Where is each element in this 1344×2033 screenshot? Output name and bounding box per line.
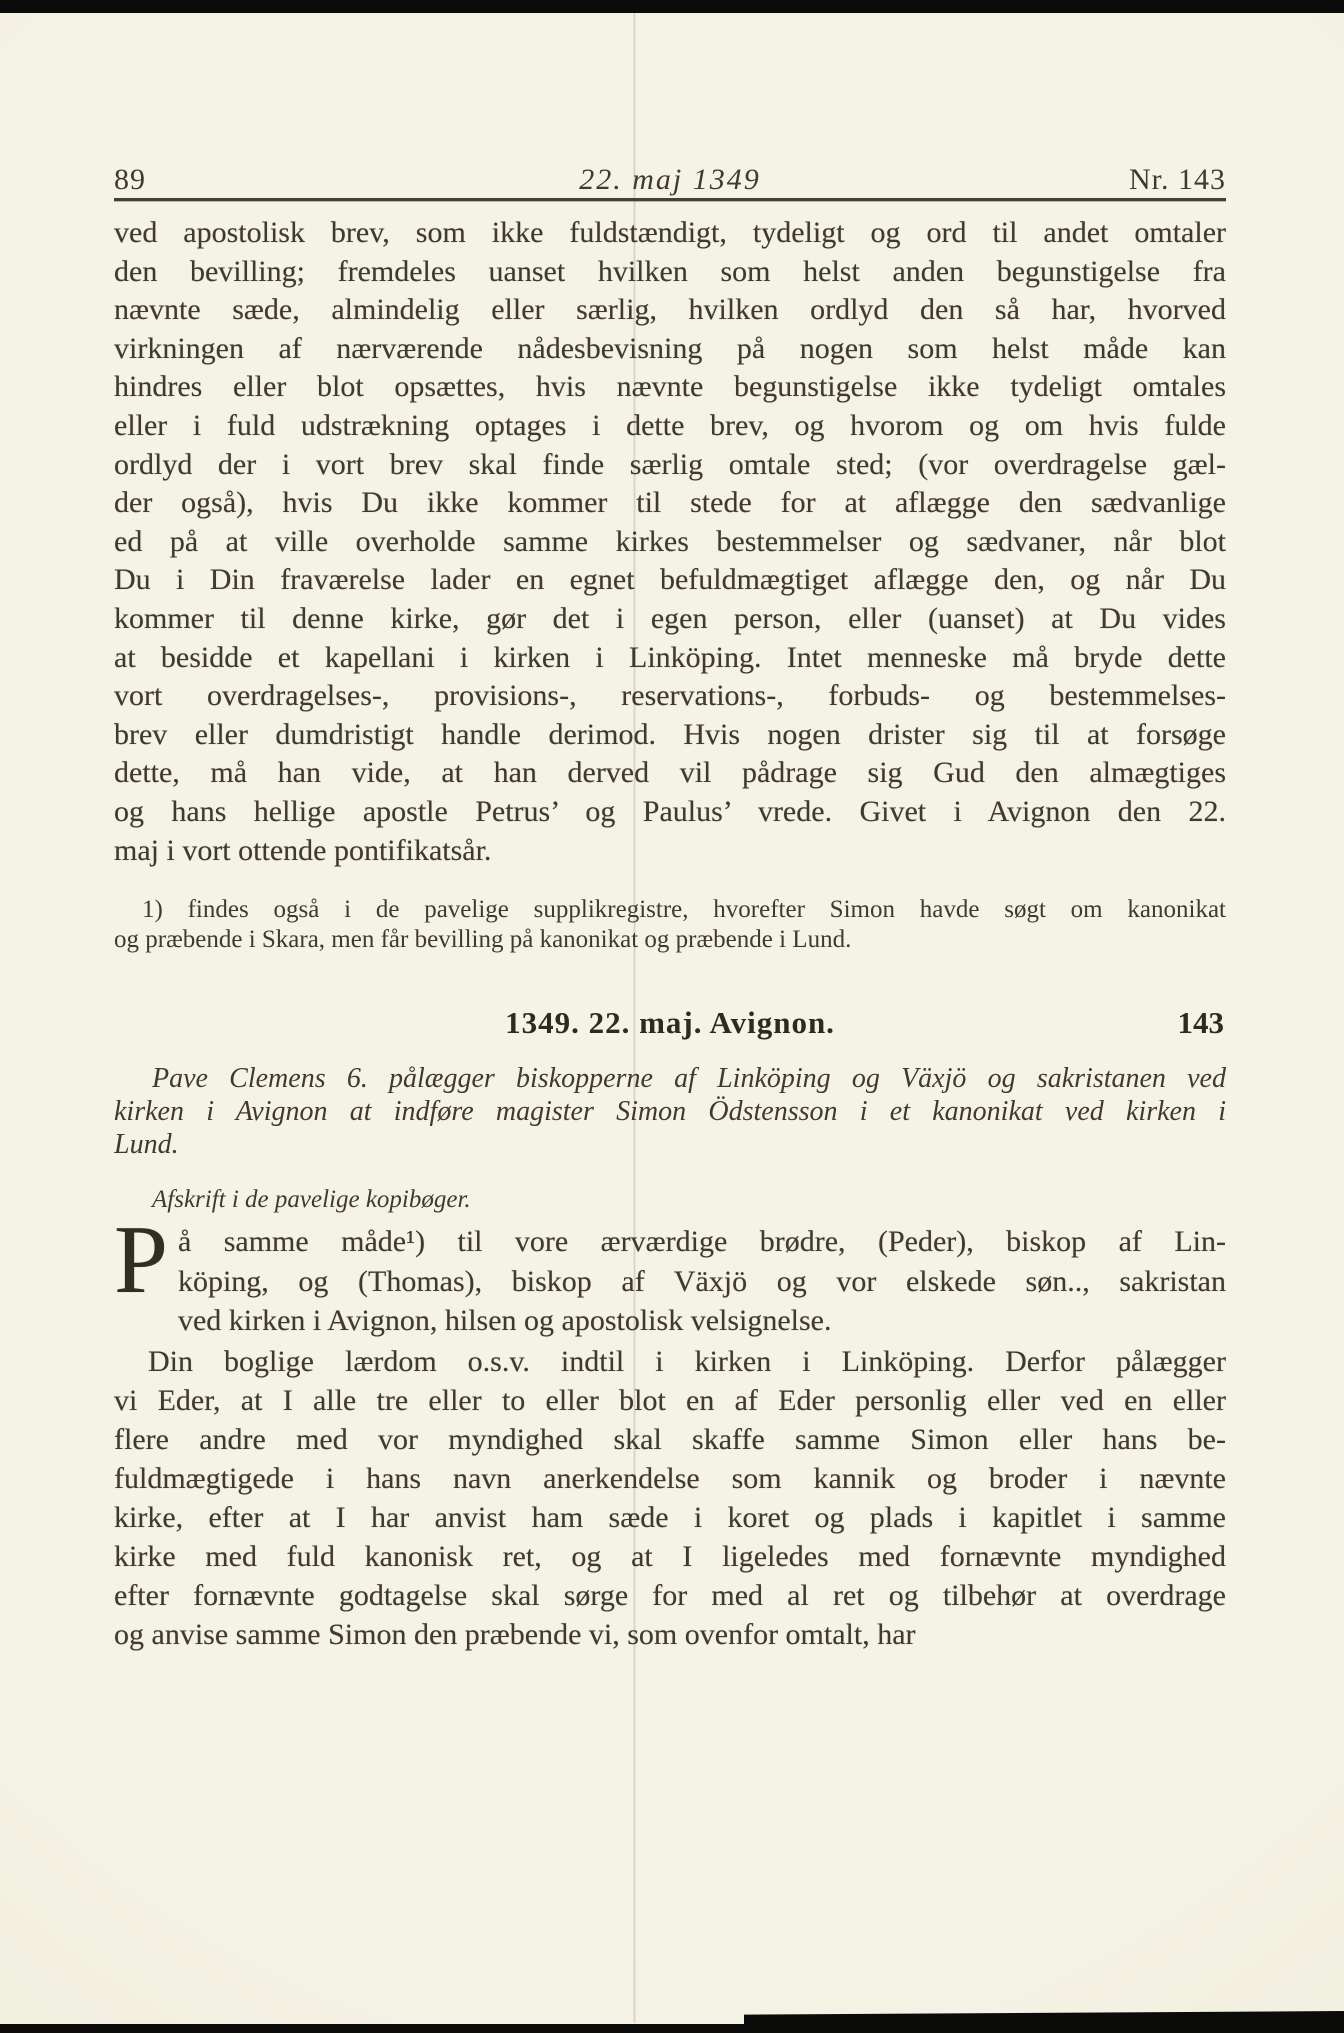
source-note-wrap: Afskrift i de pavelige kopibøger. (114, 1186, 1226, 1214)
body-line: maj i vort ottende pontifikatsår. (114, 832, 1226, 871)
body-line: og anvise samme Simon den præbende vi, s… (114, 1615, 1226, 1654)
entry-heading: 1349. 22. maj. Avignon. 143 (114, 1005, 1226, 1045)
body-line: fuldmægtigede i hans navn anerkendelse s… (114, 1459, 1226, 1498)
salutation-line: ved kirken i Avignon, hilsen og apostoli… (114, 1301, 1226, 1341)
header-rule (114, 198, 1226, 201)
entry-heading-number: 143 (1178, 1005, 1225, 1041)
entry-summary: Pave Clemens 6. pålægger biskopperne af … (114, 1062, 1226, 1161)
body-line: ved apostolisk brev, som ikke fuldstændi… (114, 214, 1226, 253)
body-line: kirke med fuld kanonisk ret, og at I lig… (114, 1537, 1226, 1576)
body-line: flere andre med vor myndighed skal skaff… (114, 1420, 1226, 1459)
body-line: vort overdragelses-, provisions-, reserv… (114, 677, 1226, 716)
salutation-line: å samme måde¹) til vore ærværdige brødre… (114, 1222, 1226, 1262)
body-line: ordlyd der i vort brev skal finde særlig… (114, 446, 1226, 485)
body-line: vi Eder, at I alle tre eller to eller bl… (114, 1381, 1226, 1420)
body-line: der også), hvis Du ikke kommer til stede… (114, 484, 1226, 523)
footnote-line: 1) findes også i de pavelige supplikregi… (114, 895, 1226, 925)
scan-border-bottom (0, 2024, 1344, 2033)
drop-cap-letter: P (114, 1225, 168, 1304)
summary-line: kirken i Avignon at indføre magister Sim… (114, 1095, 1226, 1128)
entry-heading-title: 1349. 22. maj. Avignon. (114, 1005, 1226, 1041)
running-date: 22. maj 1349 (114, 163, 1226, 197)
body-line: brev eller dumdristigt handle derimod. H… (114, 716, 1226, 755)
footnote: 1) findes også i de pavelige supplikregi… (114, 895, 1226, 954)
body-line: Din boglige lærdom o.s.v. indtil i kirke… (114, 1342, 1226, 1381)
source-note: Afskrift i de pavelige kopibøger. (152, 1186, 1226, 1214)
salutation-line: köping, og (Thomas), biskop af Växjö og … (114, 1262, 1226, 1302)
body-line: at besidde et kapellani i kirken i Linkö… (114, 639, 1226, 678)
entry-body: Din boglige lærdom o.s.v. indtil i kirke… (114, 1342, 1226, 1654)
body-line: hindres eller blot opsættes, hvis nævnte… (114, 368, 1226, 407)
footnote-line: og præbende i Skara, men får bevilling p… (114, 925, 1226, 955)
body-line: kommer til denne kirke, gør det i egen p… (114, 600, 1226, 639)
summary-line: Pave Clemens 6. pålægger biskopperne af … (114, 1062, 1226, 1095)
entry-salutation: P å samme måde¹) til vore ærværdige brød… (114, 1222, 1226, 1341)
body-line: efter fornævnte godtagelse skal sørge fo… (114, 1576, 1226, 1615)
body-line: ed på at ville overholde samme kirkes be… (114, 523, 1226, 562)
body-line: eller i fuld udstrækning optages i dette… (114, 407, 1226, 446)
body-line: dette, må han vide, at han derved vil på… (114, 754, 1226, 793)
scanned-book-page: 89 22. maj 1349 Nr. 143 ved apostolisk b… (0, 0, 1344, 2033)
body-line: Du i Din fraværelse lader en egnet beful… (114, 561, 1226, 600)
body-line: og hans hellige apostle Petrus’ og Paulu… (114, 793, 1226, 832)
text-block: 89 22. maj 1349 Nr. 143 ved apostolisk b… (114, 0, 1226, 2033)
summary-line: Lund. (114, 1128, 1226, 1161)
body-line: virkningen af nærværende nådesbevisning … (114, 330, 1226, 369)
running-header: 89 22. maj 1349 Nr. 143 (114, 163, 1226, 199)
body-line: kirke, efter at I har anvist ham sæde i … (114, 1498, 1226, 1537)
body-line: den bevilling; fremdeles uanset hvilken … (114, 253, 1226, 292)
running-entry-number: Nr. 143 (1129, 163, 1226, 197)
previous-entry-body: ved apostolisk brev, som ikke fuldstændi… (114, 214, 1226, 870)
body-line: nævnte sæde, almindelig eller særlig, hv… (114, 291, 1226, 330)
